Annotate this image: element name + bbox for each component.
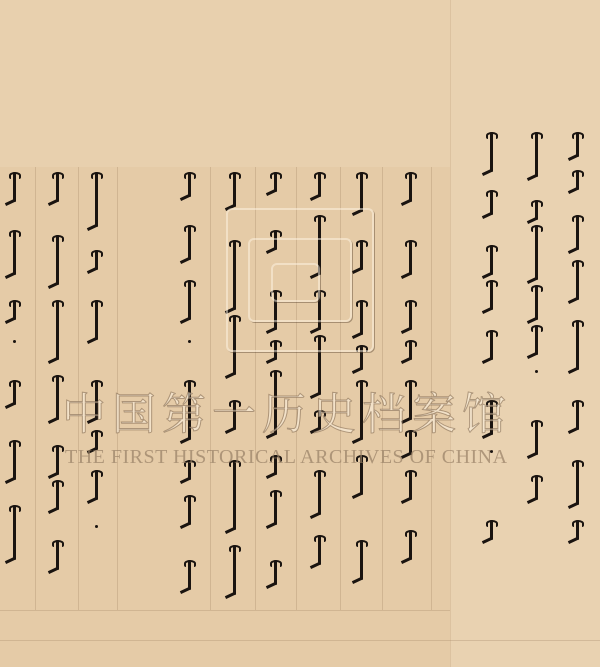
script-word: [13, 230, 16, 275]
script-word: [318, 172, 321, 197]
script-word: [576, 132, 579, 157]
script-word: [535, 420, 538, 455]
script-word: [56, 375, 59, 420]
script-word: [409, 240, 412, 275]
script-word: [95, 250, 98, 270]
bottom-rule-line: [0, 610, 450, 611]
script-word: [576, 400, 579, 430]
column-rule-line: [35, 167, 36, 610]
script-word: [188, 280, 191, 320]
punctuation-mark: [13, 340, 16, 343]
script-word: [318, 470, 321, 515]
script-word: [13, 172, 16, 202]
script-word: [409, 470, 412, 500]
script-word: [409, 530, 412, 560]
script-word: [233, 460, 236, 530]
archive-logo-watermark-icon: [226, 208, 376, 358]
script-word: [490, 520, 493, 540]
script-word: [490, 132, 493, 172]
script-word: [490, 330, 493, 360]
script-word: [95, 172, 98, 227]
script-word: [95, 470, 98, 500]
script-word: [409, 340, 412, 360]
script-word: [576, 170, 579, 190]
script-word: [56, 172, 59, 202]
script-word: [95, 300, 98, 340]
script-word: [576, 520, 579, 540]
script-word: [535, 225, 538, 280]
script-word: [274, 560, 277, 585]
punctuation-mark: [95, 525, 98, 528]
script-word: [233, 545, 236, 595]
upper-paper-sheet: [0, 0, 450, 168]
script-word: [13, 380, 16, 405]
watermark-english: THE FIRST HISTORICAL ARCHIVES OF CHINA: [65, 446, 508, 469]
script-word: [490, 280, 493, 310]
script-word: [274, 490, 277, 525]
script-word: [188, 172, 191, 197]
script-word: [274, 172, 277, 192]
script-word: [56, 480, 59, 510]
script-word: [56, 540, 59, 570]
script-word: [490, 245, 493, 275]
script-word: [409, 172, 412, 202]
script-word: [56, 300, 59, 360]
script-word: [535, 200, 538, 220]
punctuation-mark: [535, 370, 538, 373]
script-word: [490, 190, 493, 215]
script-word: [360, 172, 363, 212]
script-word: [56, 445, 59, 475]
script-word: [13, 505, 16, 560]
script-word: [535, 325, 538, 355]
script-word: [188, 225, 191, 260]
script-word: [576, 260, 579, 300]
script-word: [318, 535, 321, 565]
script-word: [409, 300, 412, 330]
script-word: [188, 560, 191, 590]
script-word: [13, 440, 16, 480]
script-word: [13, 300, 16, 320]
lower-rule-line: [0, 640, 600, 641]
script-word: [576, 320, 579, 370]
script-word: [56, 235, 59, 285]
script-word: [360, 540, 363, 580]
script-word: [576, 215, 579, 250]
script-word: [188, 495, 191, 525]
script-word: [535, 132, 538, 177]
script-word: [535, 285, 538, 320]
script-word: [535, 475, 538, 500]
script-word: [233, 172, 236, 207]
watermark-chinese: 中国第一历史档案馆: [62, 378, 512, 442]
script-word: [576, 460, 579, 505]
punctuation-mark: [188, 340, 191, 343]
